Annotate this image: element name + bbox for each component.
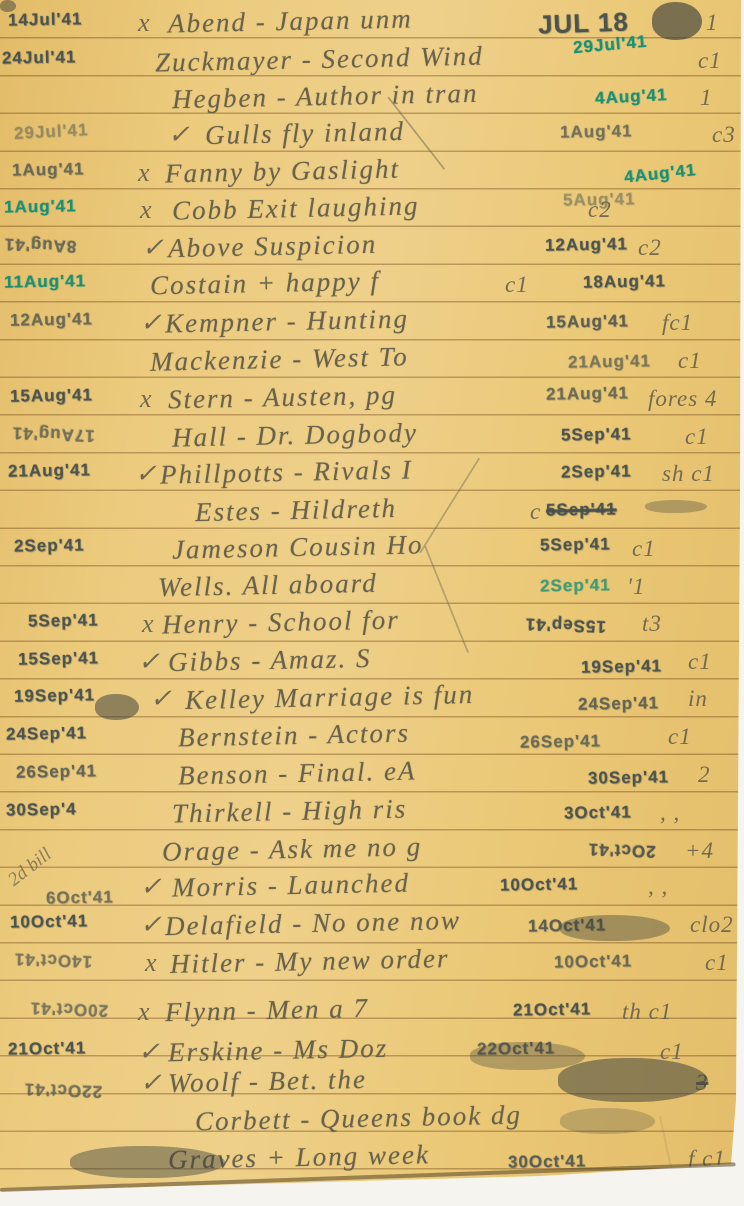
date-stamp-right: 15Sep'41 bbox=[525, 614, 607, 637]
date-stamp-left: 2Sep'41 bbox=[14, 535, 85, 556]
ink-blob bbox=[560, 1108, 655, 1134]
entry-handwriting: Orage - Ask me no g bbox=[162, 831, 423, 867]
date-stamp-right: 4Aug'41 bbox=[595, 85, 668, 109]
entry-handwriting: Erskine - Ms Doz bbox=[168, 1033, 389, 1069]
pencil-annotation: t3 bbox=[642, 611, 662, 637]
ink-blob bbox=[0, 0, 16, 12]
entry-handwriting: Gibbs - Amaz. S bbox=[168, 643, 372, 678]
pencil-annotation: 1 bbox=[706, 10, 719, 36]
check-mark: ✓ bbox=[140, 308, 162, 338]
date-stamp-left: 20Oct'41 bbox=[30, 998, 109, 1021]
x-mark: x bbox=[138, 158, 150, 188]
date-stamp-right: 12Aug'41 bbox=[545, 234, 628, 255]
date-stamp-right: 30Sep'41 bbox=[588, 767, 669, 788]
pencil-annotation: , , bbox=[660, 800, 680, 826]
date-stamp-left: 5Sep'41 bbox=[28, 610, 99, 631]
ruled-index-card: 14Jul'41xAbend - Japan unmJUL 18124Jul'4… bbox=[0, 0, 744, 1196]
entry-handwriting: Stern - Austen, pg bbox=[168, 380, 398, 416]
pencil-annotation: c3 bbox=[712, 122, 736, 148]
date-stamp-right: 24Sep'41 bbox=[578, 693, 659, 714]
entry-handwriting: Kempner - Hunting bbox=[165, 303, 410, 339]
entry-handwriting: Gulls fly inland bbox=[205, 116, 406, 151]
check-mark: ✓ bbox=[140, 1068, 162, 1098]
entry-handwriting: Hegben - Author in tran bbox=[172, 78, 479, 115]
entry-handwriting: Costain + happy f bbox=[150, 266, 381, 302]
check-mark: ✓ bbox=[142, 233, 164, 263]
pencil-annotation: 1 bbox=[700, 85, 713, 111]
entry-handwriting: Fanny by Gaslight bbox=[165, 154, 401, 190]
pencil-annotation: c1 bbox=[678, 348, 702, 374]
pencil-annotation: 2 bbox=[698, 762, 711, 788]
entry-handwriting: Flynn - Men a 7 bbox=[165, 993, 370, 1028]
check-mark: ✓ bbox=[135, 459, 157, 489]
date-stamp-left: 21Aug'41 bbox=[8, 460, 91, 481]
x-mark: x bbox=[142, 609, 154, 639]
pencil-annotation: clo2 bbox=[690, 912, 734, 938]
pencil-annotation: f c1 bbox=[688, 1146, 726, 1172]
check-mark: ✓ bbox=[138, 1037, 160, 1067]
date-stamp-left: 15Aug'41 bbox=[10, 385, 93, 406]
pencil-annotation: c1 bbox=[505, 272, 529, 298]
pencil-annotation: c1 bbox=[668, 724, 692, 750]
ink-blob bbox=[470, 1042, 585, 1070]
date-stamp-right: 10Oct'41 bbox=[554, 951, 633, 972]
x-mark: x bbox=[145, 948, 157, 978]
date-stamp-left: 15Sep'41 bbox=[18, 648, 99, 669]
x-mark: x bbox=[140, 195, 152, 225]
date-stamp-left: 19Sep'41 bbox=[14, 685, 95, 706]
date-stamp-right: 2Sep'41 bbox=[540, 575, 611, 596]
pencil-annotation: c2 bbox=[588, 197, 612, 223]
pencil-annotation: in bbox=[688, 686, 708, 712]
pencil-annotation: c1 bbox=[705, 950, 729, 976]
date-stamp-right: 5Sep'41 bbox=[561, 424, 632, 445]
entry-handwriting: Cobb Exit laughing bbox=[172, 190, 420, 226]
date-stamp-left: 14Jul'41 bbox=[8, 9, 83, 30]
ink-blob bbox=[645, 500, 707, 513]
date-stamp-left: 29Jul'41 bbox=[14, 120, 89, 144]
date-stamp-right: 19Sep'41 bbox=[581, 656, 662, 677]
pencil-annotation: c1 bbox=[698, 48, 722, 74]
entry-handwriting: Morris - Launched bbox=[172, 868, 411, 904]
pencil-annotation: fc1 bbox=[662, 310, 693, 336]
date-stamp-right: 2Sep'41 bbox=[561, 461, 632, 482]
date-stamp-left: 24Jul'41 bbox=[2, 47, 77, 68]
entry-handwriting: Estes - Hildreth bbox=[195, 493, 398, 528]
entry-handwriting: Woolf - Bet. the bbox=[168, 1064, 368, 1099]
date-stamp-left: 1Aug'41 bbox=[12, 159, 85, 180]
date-stamp-left: 26Sep'41 bbox=[16, 761, 97, 782]
ink-blob bbox=[558, 1058, 708, 1102]
entry-handwriting: Phillpotts - Rivals I bbox=[160, 454, 413, 490]
pencil-annotation: c2 bbox=[638, 235, 662, 261]
entry-handwriting: Jameson Cousin Ho bbox=[172, 529, 424, 565]
date-stamp-left: 6Oct'41 bbox=[46, 887, 114, 908]
date-stamp-left: 10Oct'41 bbox=[10, 911, 89, 932]
date-stamp-right: 21Oct'41 bbox=[513, 999, 592, 1020]
pencil-annotation: c1 bbox=[688, 649, 712, 675]
check-mark: ✓ bbox=[138, 647, 160, 677]
date-stamp-left: 1Aug'41 bbox=[4, 196, 77, 217]
entry-handwriting: Henry - School for bbox=[162, 605, 400, 641]
ink-blob bbox=[70, 1146, 225, 1178]
date-stamp-right: 10Oct'41 bbox=[500, 874, 579, 895]
entry-handwriting: Hitler - My new order bbox=[170, 943, 450, 980]
date-stamp-right: 5Sep'41 bbox=[546, 499, 617, 520]
entry-handwriting: Wells. All aboard bbox=[158, 568, 378, 604]
entry-handwriting: Benson - Final. eA bbox=[178, 756, 417, 792]
pencil-annotation: +4 bbox=[685, 838, 714, 864]
x-mark: x bbox=[140, 384, 152, 414]
x-mark: x bbox=[138, 8, 150, 38]
check-mark: ✓ bbox=[140, 872, 162, 902]
date-stamp-left: 21Oct'41 bbox=[8, 1038, 87, 1059]
pencil-annotation: sh c1 bbox=[662, 461, 715, 487]
ink-blob bbox=[95, 694, 139, 720]
entry-handwriting: Mackenzie - West To bbox=[150, 341, 409, 377]
entry-handwriting: Hall - Dr. Dogbody bbox=[172, 417, 419, 453]
check-mark: ✓ bbox=[140, 910, 162, 940]
date-stamp-right: 5Sep'41 bbox=[540, 534, 611, 555]
date-stamp-left: 14Oct'41 bbox=[14, 949, 93, 972]
date-stamp-right: 18Aug'41 bbox=[583, 271, 666, 292]
ink-blob bbox=[560, 915, 670, 941]
pencil-annotation: c1 bbox=[632, 536, 656, 562]
pencil-annotation: '1 bbox=[627, 574, 645, 600]
date-stamp-left: 8Aug'41 bbox=[4, 234, 77, 257]
entry-handwriting: Thirkell - High ris bbox=[172, 794, 408, 830]
date-stamp-left: 12Aug'41 bbox=[10, 309, 93, 330]
entry-handwriting: Bernstein - Actors bbox=[178, 718, 411, 754]
pencil-annotation: , , bbox=[648, 874, 668, 900]
check-mark: ✓ bbox=[150, 684, 172, 714]
pencil-annotation: c1 bbox=[685, 424, 709, 450]
date-stamp-right: 2Oct'41 bbox=[588, 839, 656, 861]
entry-handwriting: Abend - Japan unm bbox=[168, 3, 413, 39]
date-stamp-right: 3Oct'41 bbox=[564, 802, 632, 823]
entry-handwriting: Kelley Marriage is fun bbox=[185, 679, 475, 716]
ink-blob bbox=[652, 2, 702, 40]
check-mark: ✓ bbox=[168, 120, 190, 150]
pencil-annotation: fores 4 bbox=[648, 386, 717, 412]
pencil-annotation: th c1 bbox=[622, 999, 672, 1025]
date-stamp-right: 15Aug'41 bbox=[546, 311, 629, 332]
date-stamp-left: 22Oct'41 bbox=[24, 1079, 103, 1102]
scanned-card-page: 14Jul'41xAbend - Japan unmJUL 18124Jul'4… bbox=[0, 0, 744, 1206]
date-stamp-left: 24Sep'41 bbox=[6, 723, 87, 744]
date-stamp-right: 21Aug'41 bbox=[568, 351, 651, 372]
date-stamp-right: 1Aug'41 bbox=[560, 121, 633, 142]
x-mark: x bbox=[138, 997, 150, 1027]
date-stamp-left: 11Aug'41 bbox=[4, 271, 86, 292]
entry-handwriting: Above Suspicion bbox=[168, 229, 378, 264]
date-stamp-left: 17Aug'41 bbox=[12, 423, 96, 446]
date-stamp-left: 30Sep'4 bbox=[6, 799, 77, 820]
date-stamp-right: 26Sep'41 bbox=[520, 731, 601, 752]
entry-handwriting: Delafield - No one now bbox=[165, 905, 462, 942]
date-stamp-right: 21Aug'41 bbox=[546, 383, 629, 404]
pencil-annotation: c bbox=[530, 499, 541, 525]
